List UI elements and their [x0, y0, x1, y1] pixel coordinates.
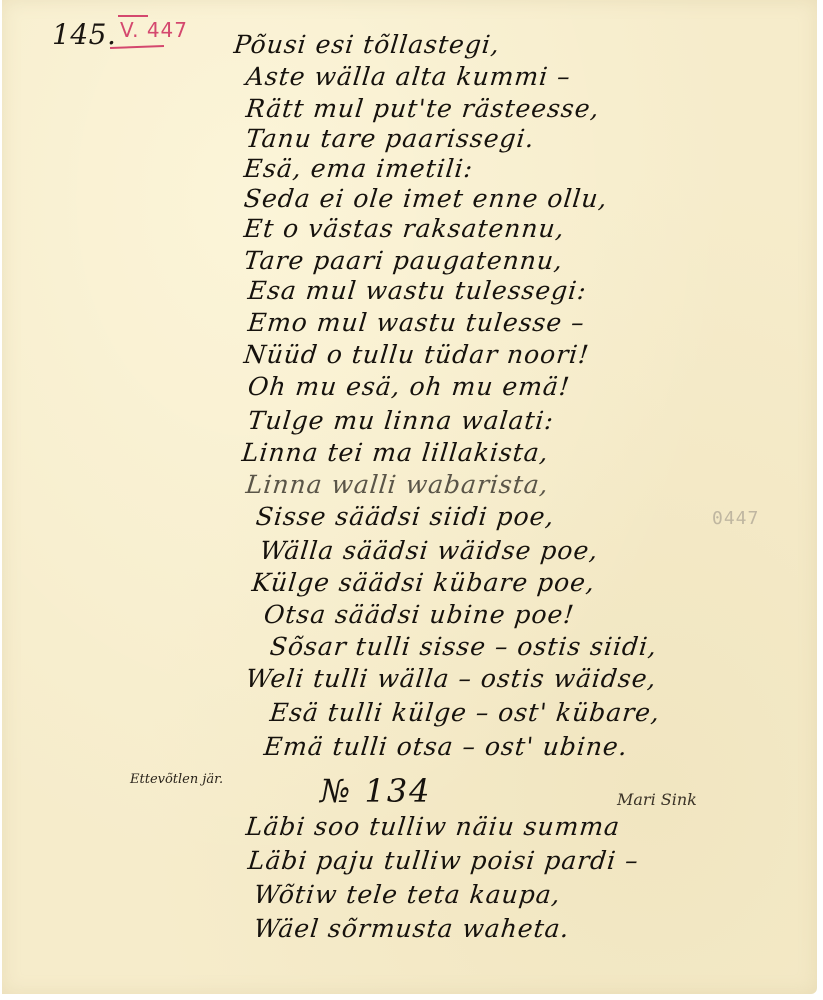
- song-line: Wõtiw tele teta kaupa,: [252, 880, 562, 909]
- song-line: Seda ei ole imet enne ollu,: [242, 184, 609, 213]
- song-line: Külge säädsi kübare poe,: [250, 568, 596, 597]
- song-number: № 134: [320, 772, 432, 810]
- song-line: Läbi soo tulliw näiu summa: [244, 812, 621, 841]
- song-line: Esä tulli külge – ost' kübare,: [268, 698, 661, 727]
- singer-name: Mari Sink: [617, 790, 697, 809]
- manuscript-page: 145. V. 447 Põusi esi tõllastegi, Aste w…: [2, 0, 817, 994]
- entry-number: 145.: [52, 18, 116, 51]
- archive-stamp: 0447: [712, 508, 759, 529]
- song-line: Oh mu esä, oh mu emä!: [246, 372, 571, 401]
- archive-reference: V. 447: [120, 18, 188, 42]
- song-line: Aste wälla alta kummi –: [244, 62, 572, 91]
- song-line: Rätt mul put'te rästeesse,: [244, 94, 601, 123]
- song-line: Emo mul wastu tulesse –: [246, 308, 586, 337]
- song-line: Tulge mu linna walati:: [246, 406, 555, 435]
- song-line: Esa mul wastu tulessegi:: [246, 276, 588, 305]
- song-line: Weli tulli wälla – ostis wäidse,: [244, 664, 658, 693]
- song-line: Linna tei ma lillakista,: [240, 438, 550, 467]
- song-line: Sõsar tulli sisse – ostis siidi,: [268, 632, 658, 661]
- archive-reference-underline: [110, 45, 164, 49]
- song-line: Tanu tare paarissegi.: [244, 124, 536, 153]
- song-line: Emä tulli otsa – ost' ubine.: [262, 732, 629, 761]
- song-line: Esä, ema imetili:: [242, 154, 474, 183]
- song-line: Sisse säädsi siidi poe,: [254, 502, 556, 531]
- song-line: Wäel sõrmusta waheta.: [252, 914, 571, 943]
- song-line: Põusi esi tõllastegi,: [232, 30, 501, 59]
- song-line: Et o västas raksatennu,: [242, 214, 566, 243]
- song-line: Wälla säädsi wäidse poe,: [258, 536, 599, 565]
- archive-reference-overline: [118, 15, 148, 17]
- song-line: Läbi paju tulliw poisi pardi –: [246, 846, 640, 875]
- song-line: Nüüd o tullu tüdar noori!: [242, 340, 590, 369]
- song-line: Linna walli wabarista,: [244, 470, 550, 499]
- song-line: Otsa säädsi ubine poe!: [262, 600, 576, 629]
- song-line: Tare paari paugatennu,: [242, 246, 564, 275]
- margin-note: Ettevõtlen jär.: [130, 772, 223, 787]
